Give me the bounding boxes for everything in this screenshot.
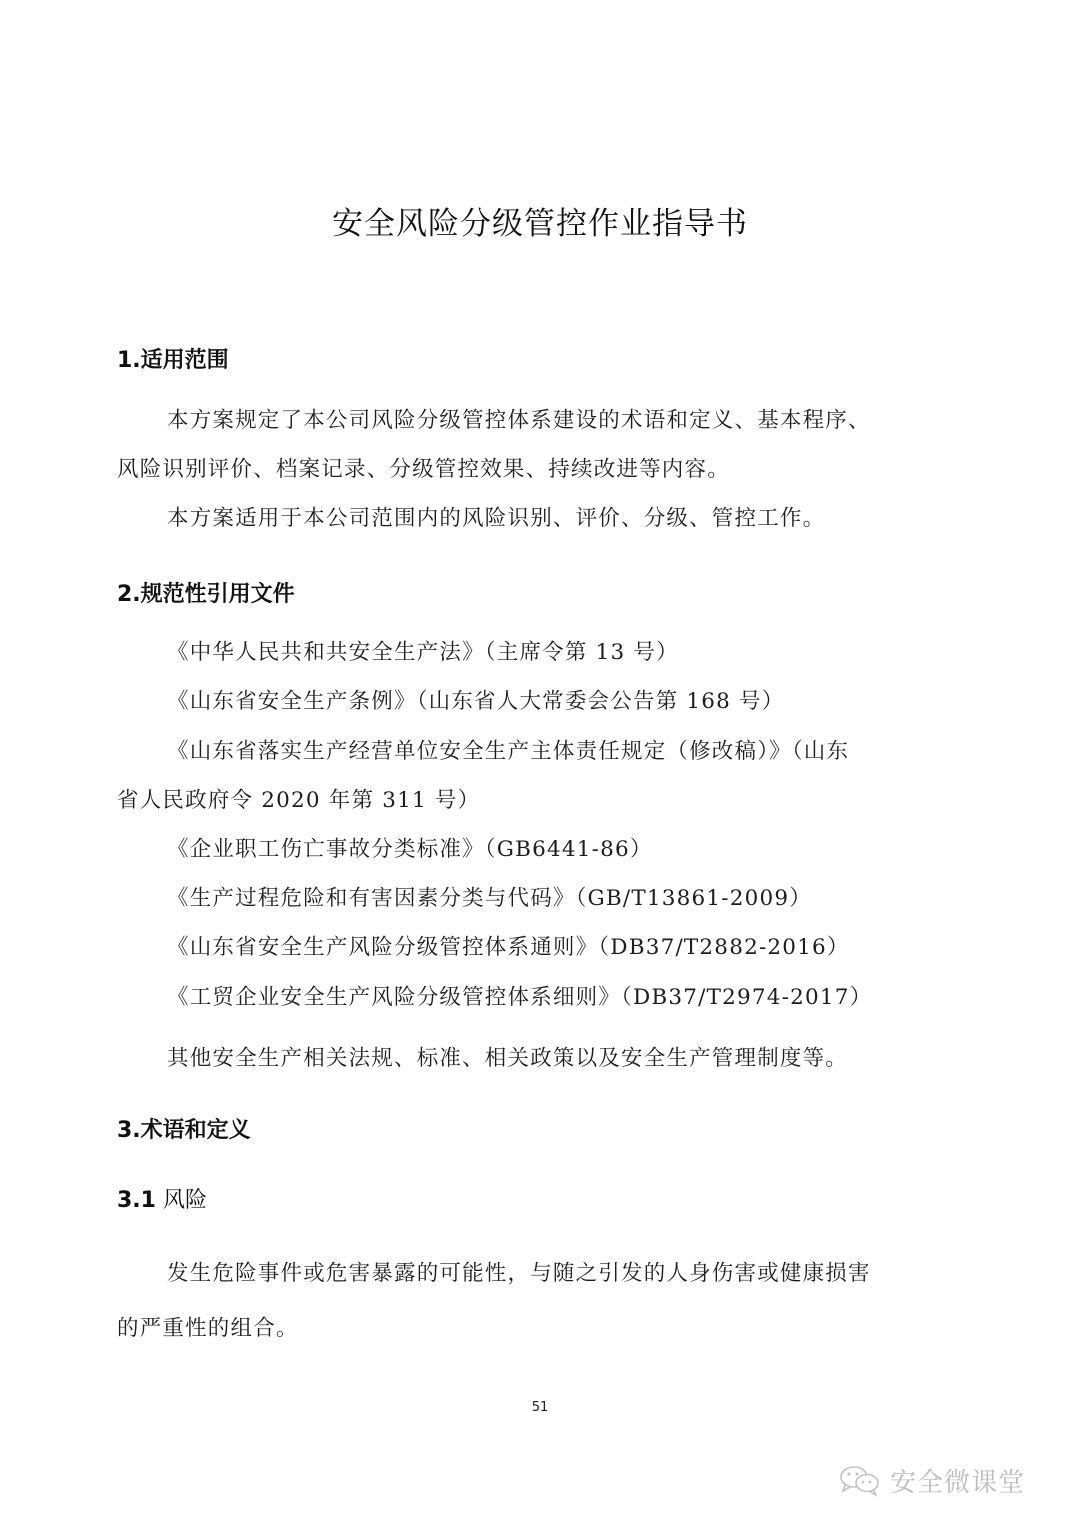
reference-item: 《山东省安全生产条例》（山东省人大常委会公告第 168 号） <box>167 684 784 715</box>
page-number: 51 <box>0 1400 1080 1415</box>
reference-item: 《山东省安全生产风险分级管控体系通则》（DB37/T2882-2016） <box>167 930 850 961</box>
subsection-number: 3.1 <box>117 1188 156 1213</box>
reference-item: 《生产过程危险和有害因素分类与代码》（GB/T13861-2009） <box>167 881 812 912</box>
subsection-title: 风险 <box>163 1188 207 1213</box>
section-heading-2: 2.规范性引用文件 <box>117 577 295 608</box>
reference-item: 《企业职工伤亡事故分类标准》（GB6441-86） <box>167 832 653 863</box>
paragraph-line: 发生危险事件或危害暴露的可能性，与随之引发的人身伤害或健康损害 <box>167 1256 871 1287</box>
reference-item-continued: 省人民政府令 2020 年第 311 号） <box>117 783 480 814</box>
watermark-text: 安全微课堂 <box>890 1462 1025 1499</box>
reference-item: 《工贸企业安全生产风险分级管控体系细则》（DB37/T2974-2017） <box>167 980 872 1011</box>
section-heading-3: 3.术语和定义 <box>117 1113 251 1144</box>
reference-item: 《山东省落实生产经营单位安全生产主体责任规定（修改稿）》（山东 <box>167 734 849 765</box>
paragraph-line: 风险识别评价、档案记录、分级管控效果、持续改进等内容。 <box>117 452 730 483</box>
wechat-icon <box>838 1464 882 1498</box>
paragraph-line: 其他安全生产相关法规、标准、相关政策以及安全生产管理制度等。 <box>167 1041 848 1072</box>
reference-item: 《中华人民共和共安全生产法》（主席令第 13 号） <box>167 635 679 666</box>
paragraph-line: 本方案适用于本公司范围内的风险识别、评价、分级、管控工作。 <box>167 501 825 532</box>
paragraph-line: 的严重性的组合。 <box>117 1311 299 1342</box>
watermark: 安全微课堂 <box>838 1462 1025 1499</box>
subsection-heading-3-1: 3.1 风险 <box>117 1183 207 1214</box>
paragraph-line: 本方案规定了本公司风险分级管控体系建设的术语和定义、基本程序、 <box>167 403 871 434</box>
document-title: 安全风险分级管控作业指导书 <box>0 198 1080 243</box>
section-heading-1: 1.适用范围 <box>117 343 229 374</box>
